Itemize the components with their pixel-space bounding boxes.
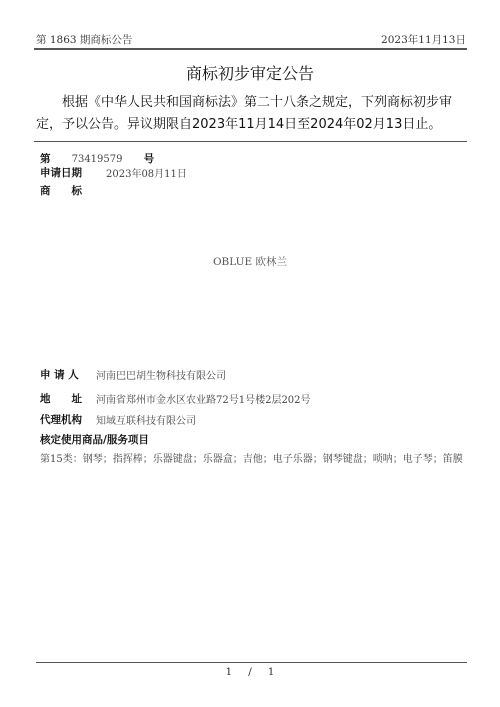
intro-paragraph: 根据《中华人民共和国商标法》第二十八条之规定，下列商标初步审定，予以公告。异议期… xyxy=(36,92,466,136)
agency-label: 代理机构 xyxy=(40,412,82,427)
header-divider xyxy=(34,48,467,50)
mark-label: 商 标 xyxy=(40,183,82,198)
mark-text: OBLUE 欧林兰 xyxy=(0,254,500,269)
registration-number: 73419579 xyxy=(72,154,123,165)
address-value: 河南省郑州市金水区农业路72号1号楼2层202号 xyxy=(96,391,311,406)
total-pages: 1 xyxy=(268,666,275,678)
goods-list: 第15类：钢琴；指挥棒；乐器键盘；乐器盒；吉他；电子乐器；钢琴键盘；唢呐；电子琴… xyxy=(40,451,465,468)
address-label: 地 址 xyxy=(40,391,82,406)
footer-divider xyxy=(36,662,467,663)
number-suffix: 号 xyxy=(144,153,155,165)
current-page: 1 xyxy=(226,666,233,678)
filing-date-label: 申请日期 xyxy=(40,165,82,180)
page-separator: / xyxy=(248,666,252,678)
header-issue: 第 1863 期商标公告 xyxy=(36,32,132,47)
agency-value: 知域互联科技有限公司 xyxy=(96,412,196,427)
section-divider xyxy=(34,141,467,142)
applicant-label: 申 请 人 xyxy=(40,367,79,382)
applicant-value: 河南巴巴胡生物科技有限公司 xyxy=(96,367,226,382)
page-indicator: 1/1 xyxy=(0,666,500,678)
number-row: 第 73419579 号 xyxy=(40,147,154,166)
filing-date-value: 2023年08月11日 xyxy=(106,165,187,180)
goods-label: 核定使用商品/服务项目 xyxy=(40,432,149,447)
header-date: 2023年11月13日 xyxy=(381,32,466,47)
page-title: 商标初步审定公告 xyxy=(0,61,500,84)
number-prefix: 第 xyxy=(40,153,51,165)
